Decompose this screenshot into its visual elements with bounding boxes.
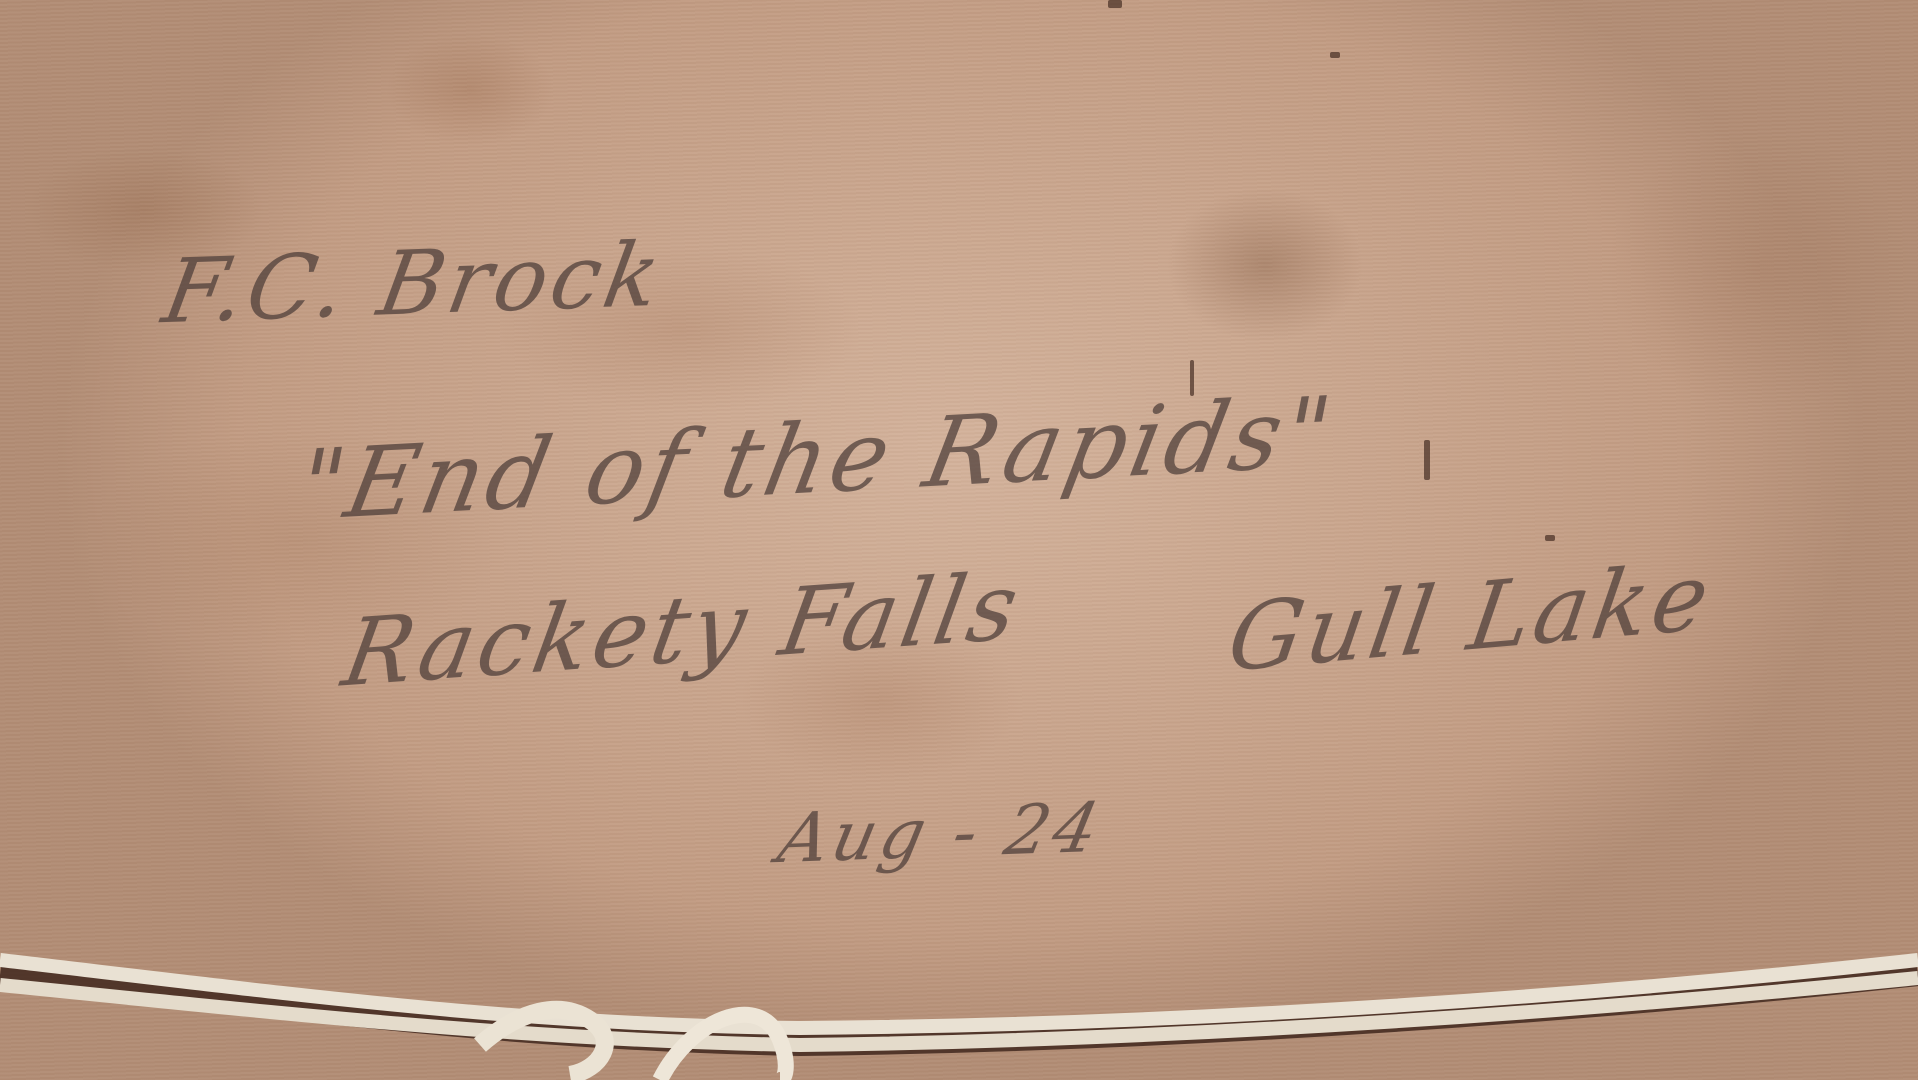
dark-spot — [1330, 52, 1340, 58]
dark-knot-mark — [1108, 0, 1122, 8]
inscription-date: Aug - 24 — [772, 788, 1110, 879]
artist-signature: F.C. Brock — [156, 222, 672, 343]
dark-spot — [1545, 535, 1555, 541]
hanging-cord — [0, 900, 1918, 1080]
pencil-mark — [1424, 440, 1430, 480]
